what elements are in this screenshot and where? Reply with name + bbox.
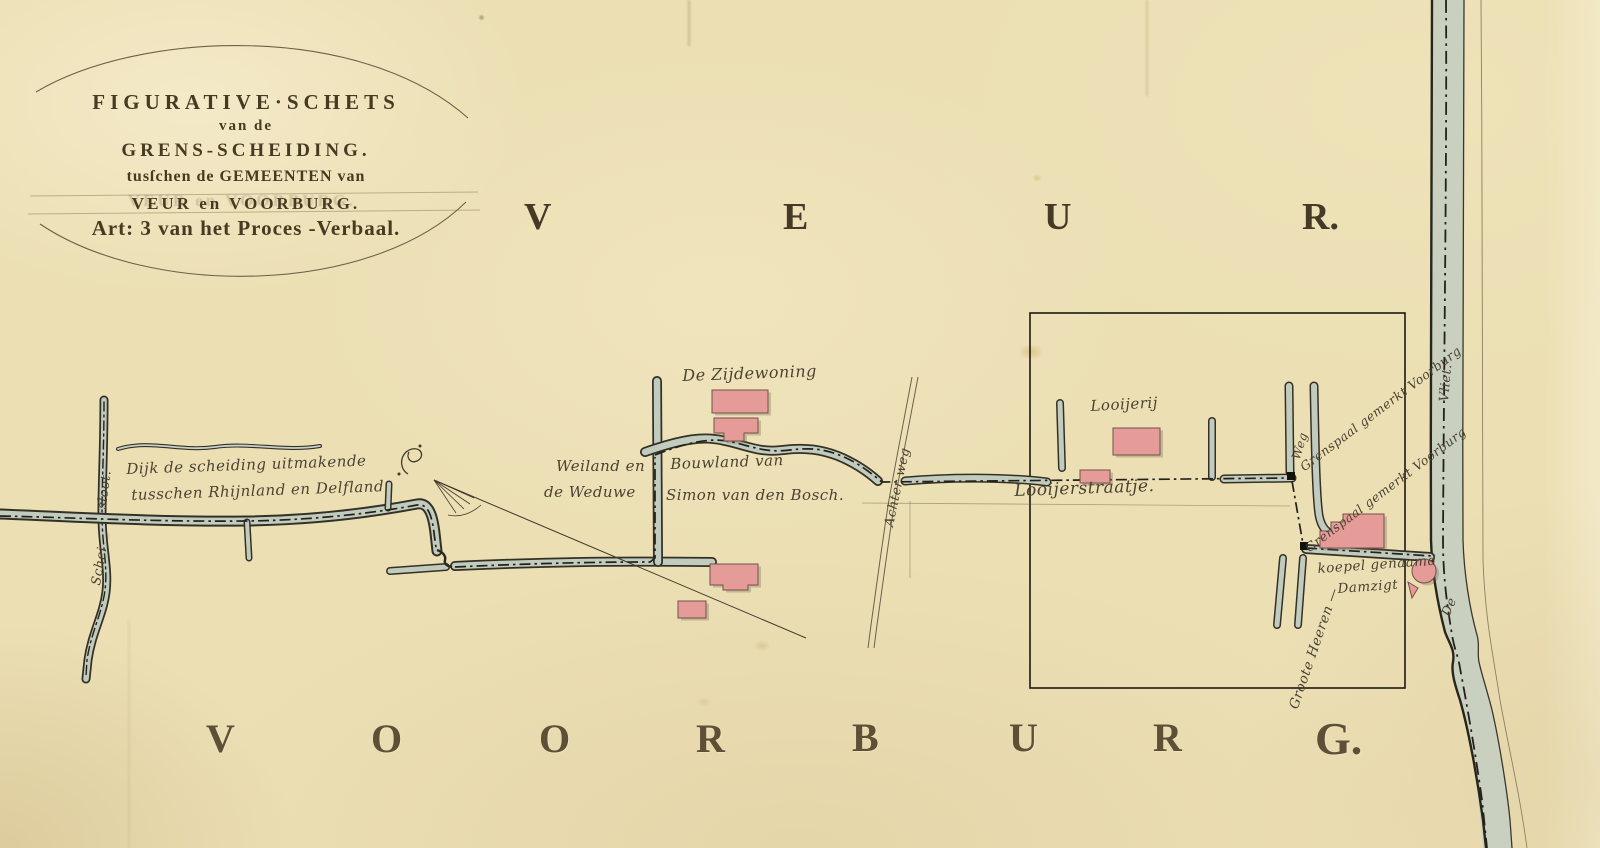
map-title-line5: VEUR en VOORBURG. [30,194,462,214]
historic-boundary-map: VEUR en VOORBURG. FIGURATIVE·SCHETS van … [0,0,1600,848]
grenspaal-marker-north [1287,472,1295,480]
map-title-line3: GRENS-SCHEIDING. [30,140,462,162]
arrow-feathers [434,480,481,516]
top-left-stream [118,445,320,449]
north-glyph [398,445,422,476]
veur-letter: E [783,195,808,239]
scheisloot [86,400,107,679]
voorburg-letter: G. [1315,712,1362,765]
map-title-line2: van de [30,118,462,135]
vliet-canal [1431,0,1527,848]
inset-frame [1030,313,1405,688]
veur-letter: U [1044,195,1071,239]
title-cartouche: VEUR en VOORBURG. FIGURATIVE·SCHETS van … [30,80,462,260]
voorburg-letter: V [206,715,235,762]
lot-lines [862,501,1290,578]
voorburg-letter: U [1009,714,1038,761]
map-title-line6: Art: 3 van het Proces -Verbaal. [30,216,462,241]
voorburg-letter: O [539,715,570,762]
veur-letter: V [524,195,551,239]
veur-letter: R. [1302,195,1339,239]
canal-water [1431,0,1512,848]
weiland-label-line1: Weiland en [556,457,645,475]
voorburg-letter: O [371,715,402,762]
voorburg-letter: R [696,715,725,762]
looijerij-label: Looijerij [1090,393,1158,415]
map-title-line1: FIGURATIVE·SCHETS [30,90,462,115]
zijdewoning-building [712,390,768,413]
voorburg-letter: B [852,714,879,761]
map-title-line4: tusſchen de GEMEENTEN van [30,168,462,186]
voorburg-letter: R [1153,714,1182,761]
koepel-annex [1408,582,1418,598]
small-building [678,601,706,618]
weiland-label-line2: de Weduwe [544,483,636,501]
looijerij-building [1113,428,1160,455]
bouwland-label-line2: Simon van den Bosch. [666,486,844,504]
